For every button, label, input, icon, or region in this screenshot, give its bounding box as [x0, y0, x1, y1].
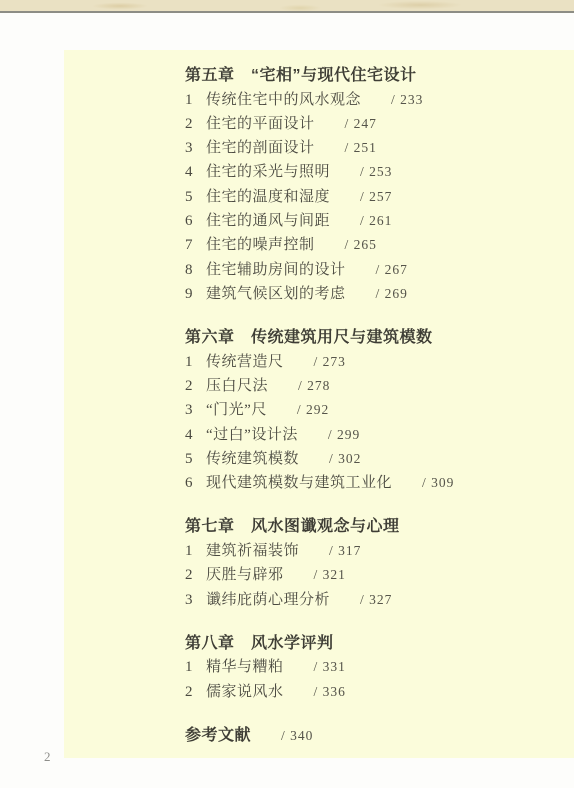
- toc-section: 第八章 风水学评判1精华与糟粕/ 3312儒家说风水/ 336: [185, 632, 574, 704]
- entry-page-number: / 273: [314, 350, 346, 373]
- entry-title: 谶纬庇荫心理分析: [206, 589, 330, 612]
- toc-entry: 6住宅的通风与间距/ 261: [185, 209, 574, 233]
- entry-title: “门光”尺: [206, 399, 267, 422]
- entry-number: 3: [185, 589, 206, 612]
- section-heading-text: 第七章 风水图谶观念与心理: [185, 518, 400, 535]
- toc-section: 第七章 风水图谶观念与心理1建筑祈福装饰/ 3172厌胜与辟邪/ 3213谶纬庇…: [185, 515, 574, 611]
- entry-number: 5: [185, 186, 206, 209]
- entry-number: 2: [185, 681, 206, 704]
- section-heading-text: 第八章 风水学评判: [185, 635, 334, 652]
- folio-page-number: 2: [44, 749, 51, 765]
- section-heading: 第六章 传统建筑用尺与建筑模数: [185, 326, 574, 350]
- entry-number: 9: [185, 283, 206, 306]
- entry-page-number: / 257: [360, 185, 392, 208]
- entry-page-number: / 292: [297, 398, 329, 421]
- entry-title: 传统建筑模数: [206, 448, 299, 471]
- entry-number: 8: [185, 259, 206, 282]
- toc-entry: 2儒家说风水/ 336: [185, 680, 574, 704]
- toc-entry: 3谶纬庇荫心理分析/ 327: [185, 588, 574, 612]
- toc-entry: 3“门光”尺/ 292: [185, 398, 574, 422]
- toc-entry: 5传统建筑模数/ 302: [185, 447, 574, 471]
- section-heading-text: 第六章 传统建筑用尺与建筑模数: [185, 329, 433, 346]
- toc-entry: 8住宅辅助房间的设计/ 267: [185, 258, 574, 282]
- entry-title: 住宅的通风与间距: [206, 210, 330, 233]
- entry-number: 3: [185, 399, 206, 422]
- toc-entry: 4住宅的采光与照明/ 253: [185, 160, 574, 184]
- toc-entry: 4“过白”设计法/ 299: [185, 423, 574, 447]
- entry-title: 建筑气候区划的考虑: [206, 283, 346, 306]
- entry-number: 1: [185, 351, 206, 374]
- entry-page-number: / 251: [345, 136, 377, 159]
- toc-entry: 1传统住宅中的风水观念/ 233: [185, 88, 574, 112]
- entry-title: 压白尺法: [206, 375, 268, 398]
- entry-number: 4: [185, 161, 206, 184]
- section-heading: 第八章 风水学评判: [185, 632, 574, 656]
- entry-page-number: / 247: [345, 112, 377, 135]
- entry-page-number: / 331: [314, 655, 346, 678]
- entry-page-number: / 309: [422, 471, 454, 494]
- toc-entry: 1传统营造尺/ 273: [185, 350, 574, 374]
- entry-title: 厌胜与辟邪: [206, 564, 284, 587]
- toc-entry: 7住宅的噪声控制/ 265: [185, 233, 574, 257]
- entry-title: 精华与糟粕: [206, 656, 284, 679]
- entry-title: 儒家说风水: [206, 681, 284, 704]
- entry-title: “过白”设计法: [206, 424, 298, 447]
- entry-number: 6: [185, 210, 206, 233]
- entry-title: 住宅的平面设计: [206, 113, 315, 136]
- section-heading-text: 参考文献: [185, 727, 251, 744]
- entry-number: 1: [185, 656, 206, 679]
- toc-section: 第五章 “宅相”与现代住宅设计1传统住宅中的风水观念/ 2332住宅的平面设计/…: [185, 64, 574, 306]
- section-page-number: / 340: [281, 728, 313, 743]
- scanned-page-canvas: 第五章 “宅相”与现代住宅设计1传统住宅中的风水观念/ 2332住宅的平面设计/…: [0, 0, 574, 788]
- toc-entry: 3住宅的剖面设计/ 251: [185, 136, 574, 160]
- entry-page-number: / 233: [391, 88, 423, 111]
- entry-page-number: / 265: [345, 233, 377, 256]
- toc-entry: 6现代建筑模数与建筑工业化/ 309: [185, 471, 574, 495]
- section-heading: 第七章 风水图谶观念与心理: [185, 515, 574, 539]
- entry-title: 传统营造尺: [206, 351, 284, 374]
- entry-page-number: / 267: [376, 258, 408, 281]
- entry-page-number: / 299: [328, 423, 360, 446]
- toc-entry: 2住宅的平面设计/ 247: [185, 112, 574, 136]
- entry-number: 2: [185, 113, 206, 136]
- entry-title: 住宅的采光与照明: [206, 161, 330, 184]
- entry-title: 建筑祈福装饰: [206, 540, 299, 563]
- toc-section: 参考文献/ 340: [185, 724, 574, 748]
- scan-top-edge: [0, 0, 574, 13]
- toc-entry: 9建筑气候区划的考虑/ 269: [185, 282, 574, 306]
- entry-title: 现代建筑模数与建筑工业化: [206, 472, 392, 495]
- section-heading-text: 第五章 “宅相”与现代住宅设计: [185, 67, 417, 84]
- entry-page-number: / 336: [314, 680, 346, 703]
- entry-number: 4: [185, 424, 206, 447]
- entry-title: 住宅的剖面设计: [206, 137, 315, 160]
- entry-title: 住宅的温度和湿度: [206, 186, 330, 209]
- toc-section: 第六章 传统建筑用尺与建筑模数1传统营造尺/ 2732压白尺法/ 2783“门光…: [185, 326, 574, 495]
- entry-page-number: / 327: [360, 588, 392, 611]
- entry-page-number: / 321: [314, 563, 346, 586]
- entry-page-number: / 261: [360, 209, 392, 232]
- entry-number: 1: [185, 540, 206, 563]
- entry-number: 1: [185, 89, 206, 112]
- entry-title: 住宅的噪声控制: [206, 234, 315, 257]
- toc-entry: 1建筑祈福装饰/ 317: [185, 539, 574, 563]
- book-page: 第五章 “宅相”与现代住宅设计1传统住宅中的风水观念/ 2332住宅的平面设计/…: [64, 50, 574, 758]
- table-of-contents: 第五章 “宅相”与现代住宅设计1传统住宅中的风水观念/ 2332住宅的平面设计/…: [64, 50, 574, 747]
- entry-number: 3: [185, 137, 206, 160]
- entry-page-number: / 253: [360, 160, 392, 183]
- toc-entry: 1精华与糟粕/ 331: [185, 655, 574, 679]
- entry-number: 2: [185, 564, 206, 587]
- entry-title: 传统住宅中的风水观念: [206, 89, 361, 112]
- entry-number: 7: [185, 234, 206, 257]
- toc-entry: 2厌胜与辟邪/ 321: [185, 563, 574, 587]
- entry-page-number: / 317: [329, 539, 361, 562]
- section-heading: 第五章 “宅相”与现代住宅设计: [185, 64, 574, 88]
- section-heading: 参考文献/ 340: [185, 724, 574, 748]
- entry-page-number: / 269: [376, 282, 408, 305]
- entry-page-number: / 278: [298, 374, 330, 397]
- entry-number: 5: [185, 448, 206, 471]
- entry-number: 6: [185, 472, 206, 495]
- entry-page-number: / 302: [329, 447, 361, 470]
- entry-title: 住宅辅助房间的设计: [206, 259, 346, 282]
- toc-entry: 5住宅的温度和湿度/ 257: [185, 185, 574, 209]
- entry-number: 2: [185, 375, 206, 398]
- toc-entry: 2压白尺法/ 278: [185, 374, 574, 398]
